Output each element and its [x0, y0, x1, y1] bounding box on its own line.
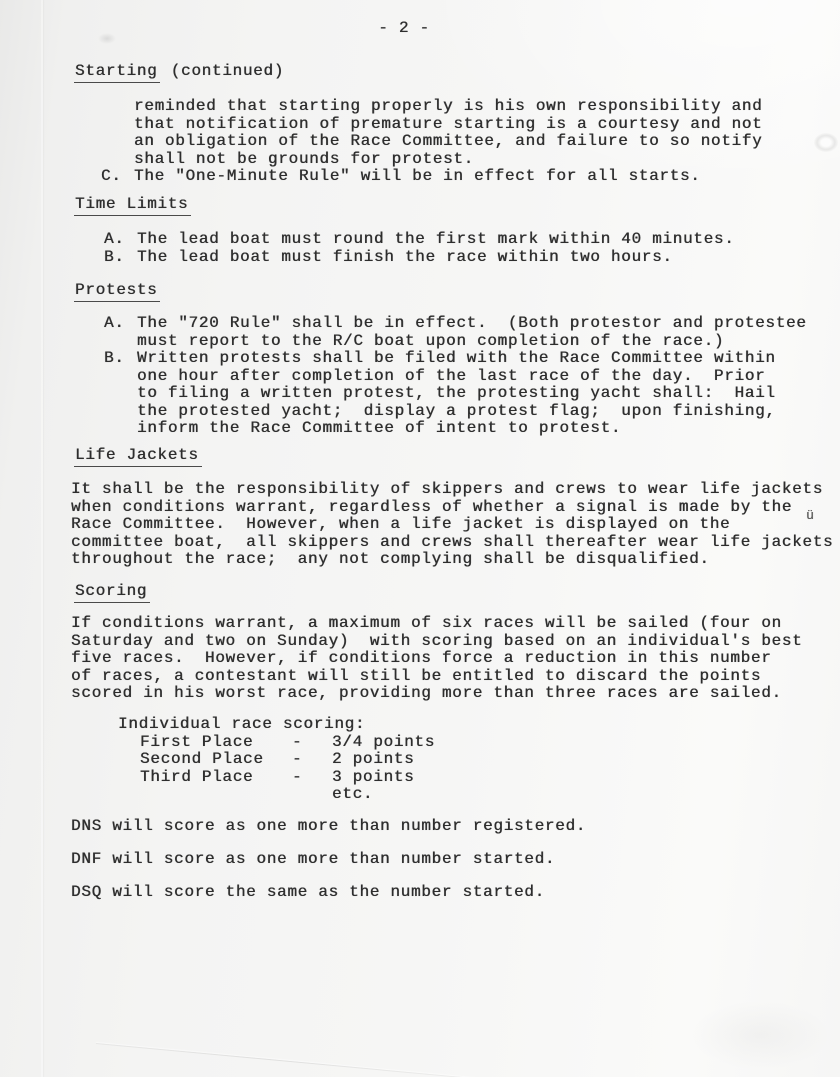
section-heading-time-limits: Time Limits — [76, 196, 840, 214]
item-label: B. — [104, 350, 125, 368]
protests-list: A. The "720 Rule" shall be in effect. (B… — [137, 315, 840, 438]
text-line: If conditions warrant, a maximum of six … — [71, 615, 840, 633]
text-line: reminded that starting properly is his o… — [134, 98, 840, 116]
text-line: Written protests shall be filed with the… — [137, 350, 840, 368]
dash-separator: - — [292, 769, 302, 787]
text-line: scored in his worst race, providing more… — [71, 685, 840, 703]
scoring-row-first: First Place - 3/4 points — [0, 734, 840, 752]
life-jackets-paragraph: It shall be the responsibility of skippe… — [71, 481, 840, 569]
section-heading-starting: Starting (continued) — [76, 63, 840, 81]
list-item-b: B. The lead boat must finish the race wi… — [137, 249, 840, 267]
points-cell: 2 points — [332, 751, 414, 769]
place-cell: First Place — [140, 734, 253, 752]
text-line: It shall be the responsibility of skippe… — [71, 481, 840, 499]
heading-text: Starting — [74, 62, 160, 83]
text-line: Race Committee. However, when a life jac… — [71, 516, 840, 534]
text-line: the protested yacht; display a protest f… — [137, 403, 840, 421]
scoring-row-third: Third Place - 3 points — [0, 769, 840, 787]
text-line: The lead boat must round the first mark … — [137, 231, 840, 249]
text-line: five races. However, if conditions force… — [71, 650, 840, 668]
race-scoring-title: Individual race scoring: — [118, 716, 840, 734]
note-dsq: DSQ will score the same as the number st… — [71, 884, 840, 902]
points-cell: etc. — [332, 786, 373, 804]
time-limits-list: A. The lead boat must round the first ma… — [137, 231, 840, 266]
scanned-document-page: ü - 2 - Starting (continued) reminded th… — [0, 0, 840, 1077]
section-heading-protests: Protests — [76, 282, 840, 300]
item-label: C. — [101, 168, 122, 186]
item-label: A. — [104, 315, 125, 333]
scoring-notes: DNS will score as one more than number r… — [71, 818, 840, 917]
text-line: an obligation of the Race Committee, and… — [134, 133, 840, 151]
text-line: inform the Race Committee of intent to p… — [137, 420, 840, 438]
dash-separator: - — [292, 734, 302, 752]
points-cell: 3/4 points — [332, 734, 435, 752]
heading-text: Scoring — [74, 582, 150, 603]
dash-separator: - — [292, 751, 302, 769]
place-cell: Second Place — [140, 751, 264, 769]
text-line: must report to the R/C boat upon complet… — [137, 333, 840, 351]
text-line: Saturday and two on Sunday) with scoring… — [71, 633, 840, 651]
note-dns: DNS will score as one more than number r… — [71, 818, 840, 836]
note-dnf: DNF will score as one more than number s… — [71, 851, 840, 869]
list-item-b: B. Written protests shall be filed with … — [137, 350, 840, 438]
text-line: that notification of premature starting … — [134, 116, 840, 134]
place-cell: Third Place — [140, 769, 253, 787]
item-label: B. — [104, 249, 125, 267]
heading-text: Protests — [74, 281, 160, 302]
text-line: The lead boat must finish the race withi… — [137, 249, 840, 267]
text-line: The "One-Minute Rule" will be in effect … — [134, 168, 840, 186]
text-line: of races, a contestant will still be ent… — [71, 668, 840, 686]
list-item-c: C. The "One-Minute Rule" will be in effe… — [134, 168, 840, 186]
scoring-row-etc: etc. — [0, 786, 840, 804]
race-scoring-table: Individual race scoring: First Place - 3… — [0, 716, 840, 804]
text-line: throughout the race; any not complying s… — [71, 551, 840, 569]
text-line: The "720 Rule" shall be in effect. (Both… — [137, 315, 840, 333]
item-label: A. — [104, 231, 125, 249]
list-item-a: A. The lead boat must round the first ma… — [137, 231, 840, 249]
text-line: to filing a written protest, the protest… — [137, 385, 840, 403]
page-number: - 2 - — [0, 20, 824, 38]
section-heading-scoring: Scoring — [76, 583, 840, 601]
smudge-mark — [690, 1000, 830, 1070]
scoring-paragraph: If conditions warrant, a maximum of six … — [71, 615, 840, 703]
vertical-crease — [41, 0, 43, 1077]
heading-text: Time Limits — [74, 195, 191, 216]
points-cell: 3 points — [332, 769, 414, 787]
text-line: when conditions warrant, regardless of w… — [71, 499, 840, 517]
list-item-a: A. The "720 Rule" shall be in effect. (B… — [137, 315, 840, 350]
diagonal-crease — [96, 1043, 484, 1077]
starting-continuation: reminded that starting properly is his o… — [134, 98, 840, 186]
heading-text: Life Jackets — [74, 446, 202, 467]
section-heading-life-jackets: Life Jackets — [76, 447, 840, 465]
text-line: shall not be grounds for protest. — [134, 151, 840, 169]
scoring-row-second: Second Place - 2 points — [0, 751, 840, 769]
heading-suffix: (continued) — [160, 62, 284, 80]
text-line: one hour after completion of the last ra… — [137, 368, 840, 386]
text-line: committee boat, all skippers and crews s… — [71, 534, 840, 552]
